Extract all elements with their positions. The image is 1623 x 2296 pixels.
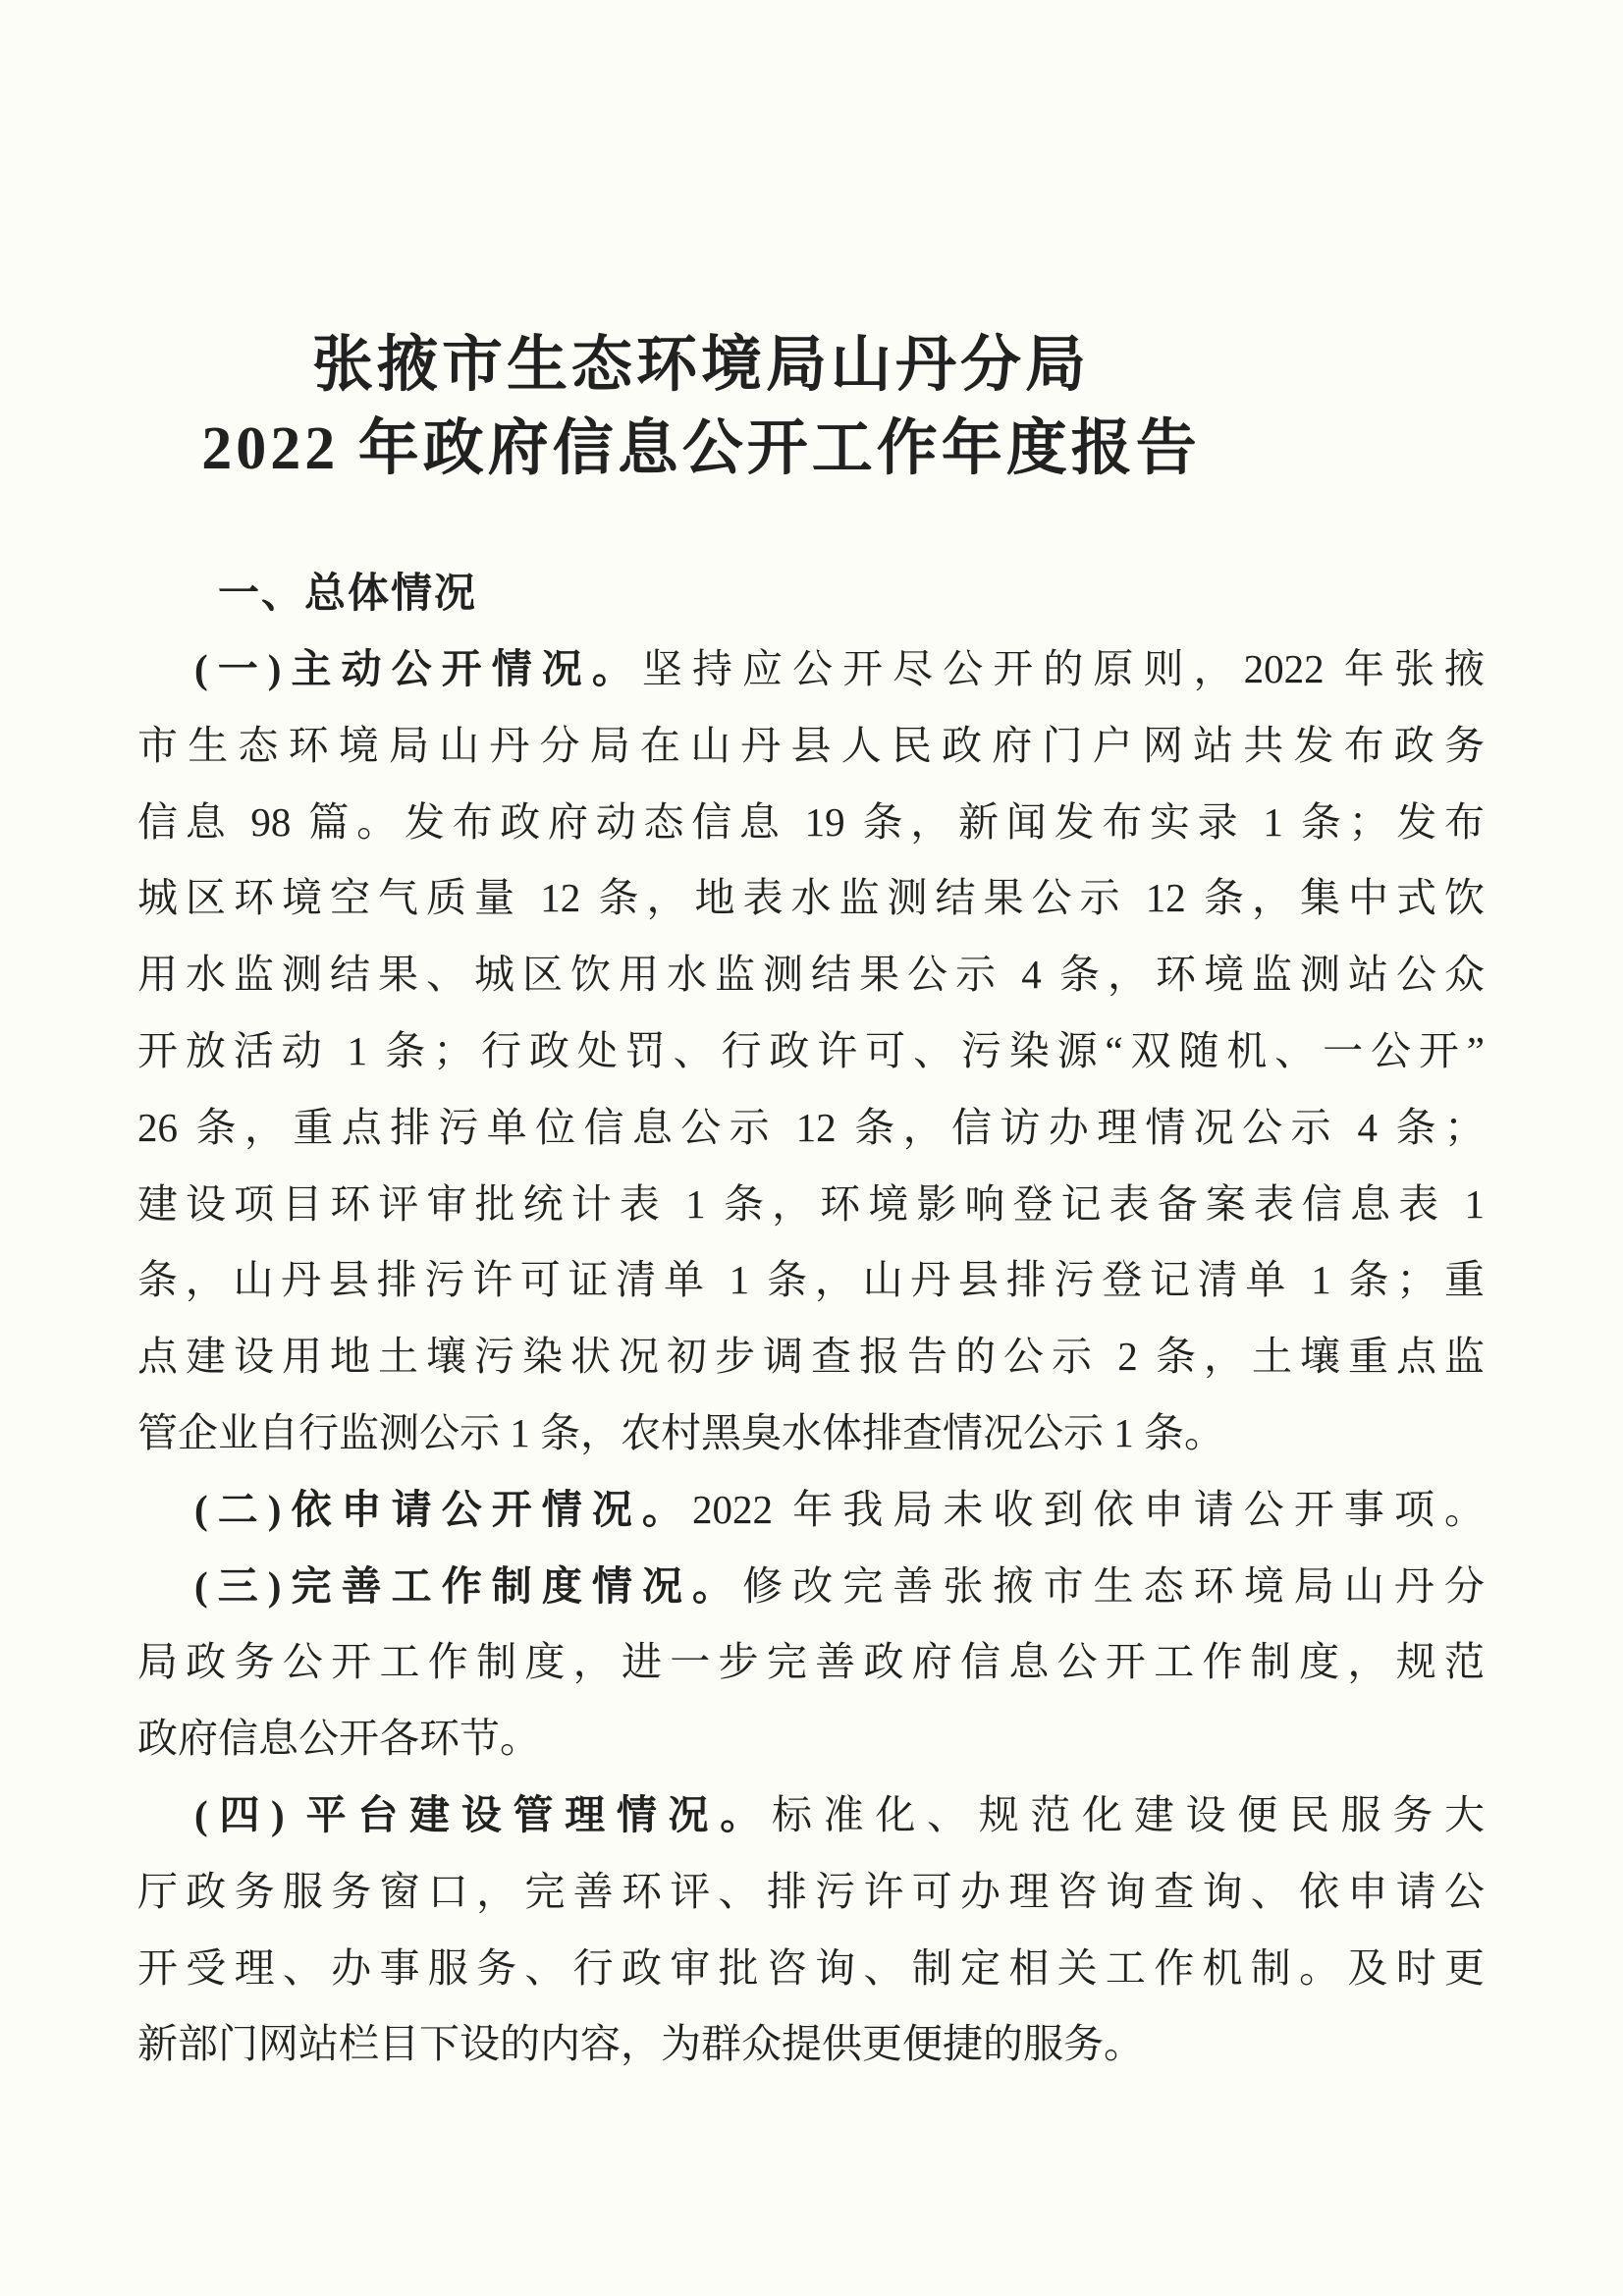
paragraph-text: 局政务公开工作制度，进一步完善政府信息公开工作制度，规范: [137, 1639, 1485, 1684]
body-line: 市生态环境局山丹分局在山丹县人民政府门户网站共发布政务: [137, 708, 1485, 785]
paragraph-text: 条，山丹县排污许可证清单 1 条，山丹县排污登记清单 1 条；重: [137, 1257, 1485, 1302]
paragraph-lead: (四) 平台建设管理情况。: [194, 1792, 772, 1837]
paragraph-text: 修改完善张掖市生态环境局山丹分: [742, 1563, 1485, 1609]
body-line: (二)依申请公开情况。2022 年我局未收到依申请公开事项。: [137, 1472, 1485, 1549]
paragraph-text: 2022 年我局未收到依申请公开事项。: [692, 1487, 1485, 1532]
document-title-line1: 张掖市生态环境局山丹分局: [27, 324, 1375, 408]
paragraph-text: 建设项目环评审批统计表 1 条，环境影响登记表备案表信息表 1: [137, 1181, 1485, 1227]
paragraph-text: 管企业自行监测公示 1 条，农村黑臭水体排查情况公示 1 条。: [137, 1410, 1224, 1455]
paragraph-text: 厅政务服务窗口，完善环评、排污许可办理咨询查询、依申请公: [137, 1869, 1485, 1914]
document-body: (一)主动公开情况。坚持应公开尽公开的原则，2022 年张掖 市生态环境局山丹分…: [137, 631, 1485, 2083]
paragraph-lead: (三)完善工作制度情况。: [194, 1563, 742, 1609]
paragraph-text: 坚持应公开尽公开的原则，2022 年张掖: [642, 646, 1485, 691]
section-heading: 一、总体情况: [137, 556, 1485, 632]
body-line: 政府信息公开各环节。: [137, 1701, 1485, 1777]
document-page: 张掖市生态环境局山丹分局 2022 年政府信息公开工作年度报告 一、总体情况 (…: [0, 0, 1623, 2296]
paragraph-text: 开受理、办事服务、行政审批咨询、制定相关工作机制。及时更: [137, 1945, 1485, 1991]
body-line: (一)主动公开情况。坚持应公开尽公开的原则，2022 年张掖: [137, 631, 1485, 708]
body-line: 城区环境空气质量 12 条，地表水监测结果公示 12 条，集中式饮: [137, 860, 1485, 937]
paragraph-text: 市生态环境局山丹分局在山丹县人民政府门户网站共发布政务: [137, 723, 1485, 768]
document-title-line2: 2022 年政府信息公开工作年度报告: [27, 408, 1375, 491]
body-line: (四) 平台建设管理情况。标准化、规范化建设便民服务大: [137, 1777, 1485, 1854]
body-line: 建设项目环评审批统计表 1 条，环境影响登记表备案表信息表 1: [137, 1167, 1485, 1243]
body-line: 管企业自行监测公示 1 条，农村黑臭水体排查情况公示 1 条。: [137, 1395, 1485, 1472]
body-line: 用水监测结果、城区饮用水监测结果公示 4 条，环境监测站公众: [137, 937, 1485, 1013]
paragraph-lead: (一)主动公开情况。: [194, 646, 642, 691]
paragraph-text: 开放活动 1 条；行政处罚、行政许可、污染源“双随机、一公开”: [137, 1028, 1485, 1073]
body-line: 开放活动 1 条；行政处罚、行政许可、污染源“双随机、一公开”: [137, 1013, 1485, 1090]
paragraph-text: 新部门网站栏目下设的内容，为群众提供更便捷的服务。: [137, 2021, 1144, 2066]
body-line: 条，山丹县排污许可证清单 1 条，山丹县排污登记清单 1 条；重: [137, 1242, 1485, 1319]
body-line: (三)完善工作制度情况。修改完善张掖市生态环境局山丹分: [137, 1549, 1485, 1625]
body-line: 开受理、办事服务、行政审批咨询、制定相关工作机制。及时更: [137, 1931, 1485, 2007]
paragraph-lead: (二)依申请公开情况。: [194, 1487, 692, 1532]
document-title: 张掖市生态环境局山丹分局 2022 年政府信息公开工作年度报告: [27, 324, 1375, 491]
body-line: 26 条，重点排污单位信息公示 12 条，信访办理情况公示 4 条；: [137, 1090, 1485, 1167]
body-line: 局政务公开工作制度，进一步完善政府信息公开工作制度，规范: [137, 1624, 1485, 1701]
body-line: 信息 98 篇。发布政府动态信息 19 条，新闻发布实录 1 条；发布: [137, 785, 1485, 861]
paragraph-text: 信息 98 篇。发布政府动态信息 19 条，新闻发布实录 1 条；发布: [137, 799, 1485, 845]
body-line: 点建设用地土壤污染状况初步调查报告的公示 2 条，土壤重点监: [137, 1319, 1485, 1395]
body-line: 新部门网站栏目下设的内容，为群众提供更便捷的服务。: [137, 2006, 1485, 2083]
paragraph-text: 城区环境空气质量 12 条，地表水监测结果公示 12 条，集中式饮: [137, 875, 1485, 920]
paragraph-text: 点建设用地土壤污染状况初步调查报告的公示 2 条，土壤重点监: [137, 1334, 1485, 1379]
paragraph-text: 政府信息公开各环节。: [137, 1716, 540, 1761]
paragraph-text: 用水监测结果、城区饮用水监测结果公示 4 条，环境监测站公众: [137, 952, 1485, 997]
paragraph-text: 26 条，重点排污单位信息公示 12 条，信访办理情况公示 4 条；: [137, 1105, 1485, 1150]
paragraph-text: 标准化、规范化建设便民服务大: [772, 1792, 1485, 1837]
body-line: 厅政务服务窗口，完善环评、排污许可办理咨询查询、依申请公: [137, 1854, 1485, 1931]
